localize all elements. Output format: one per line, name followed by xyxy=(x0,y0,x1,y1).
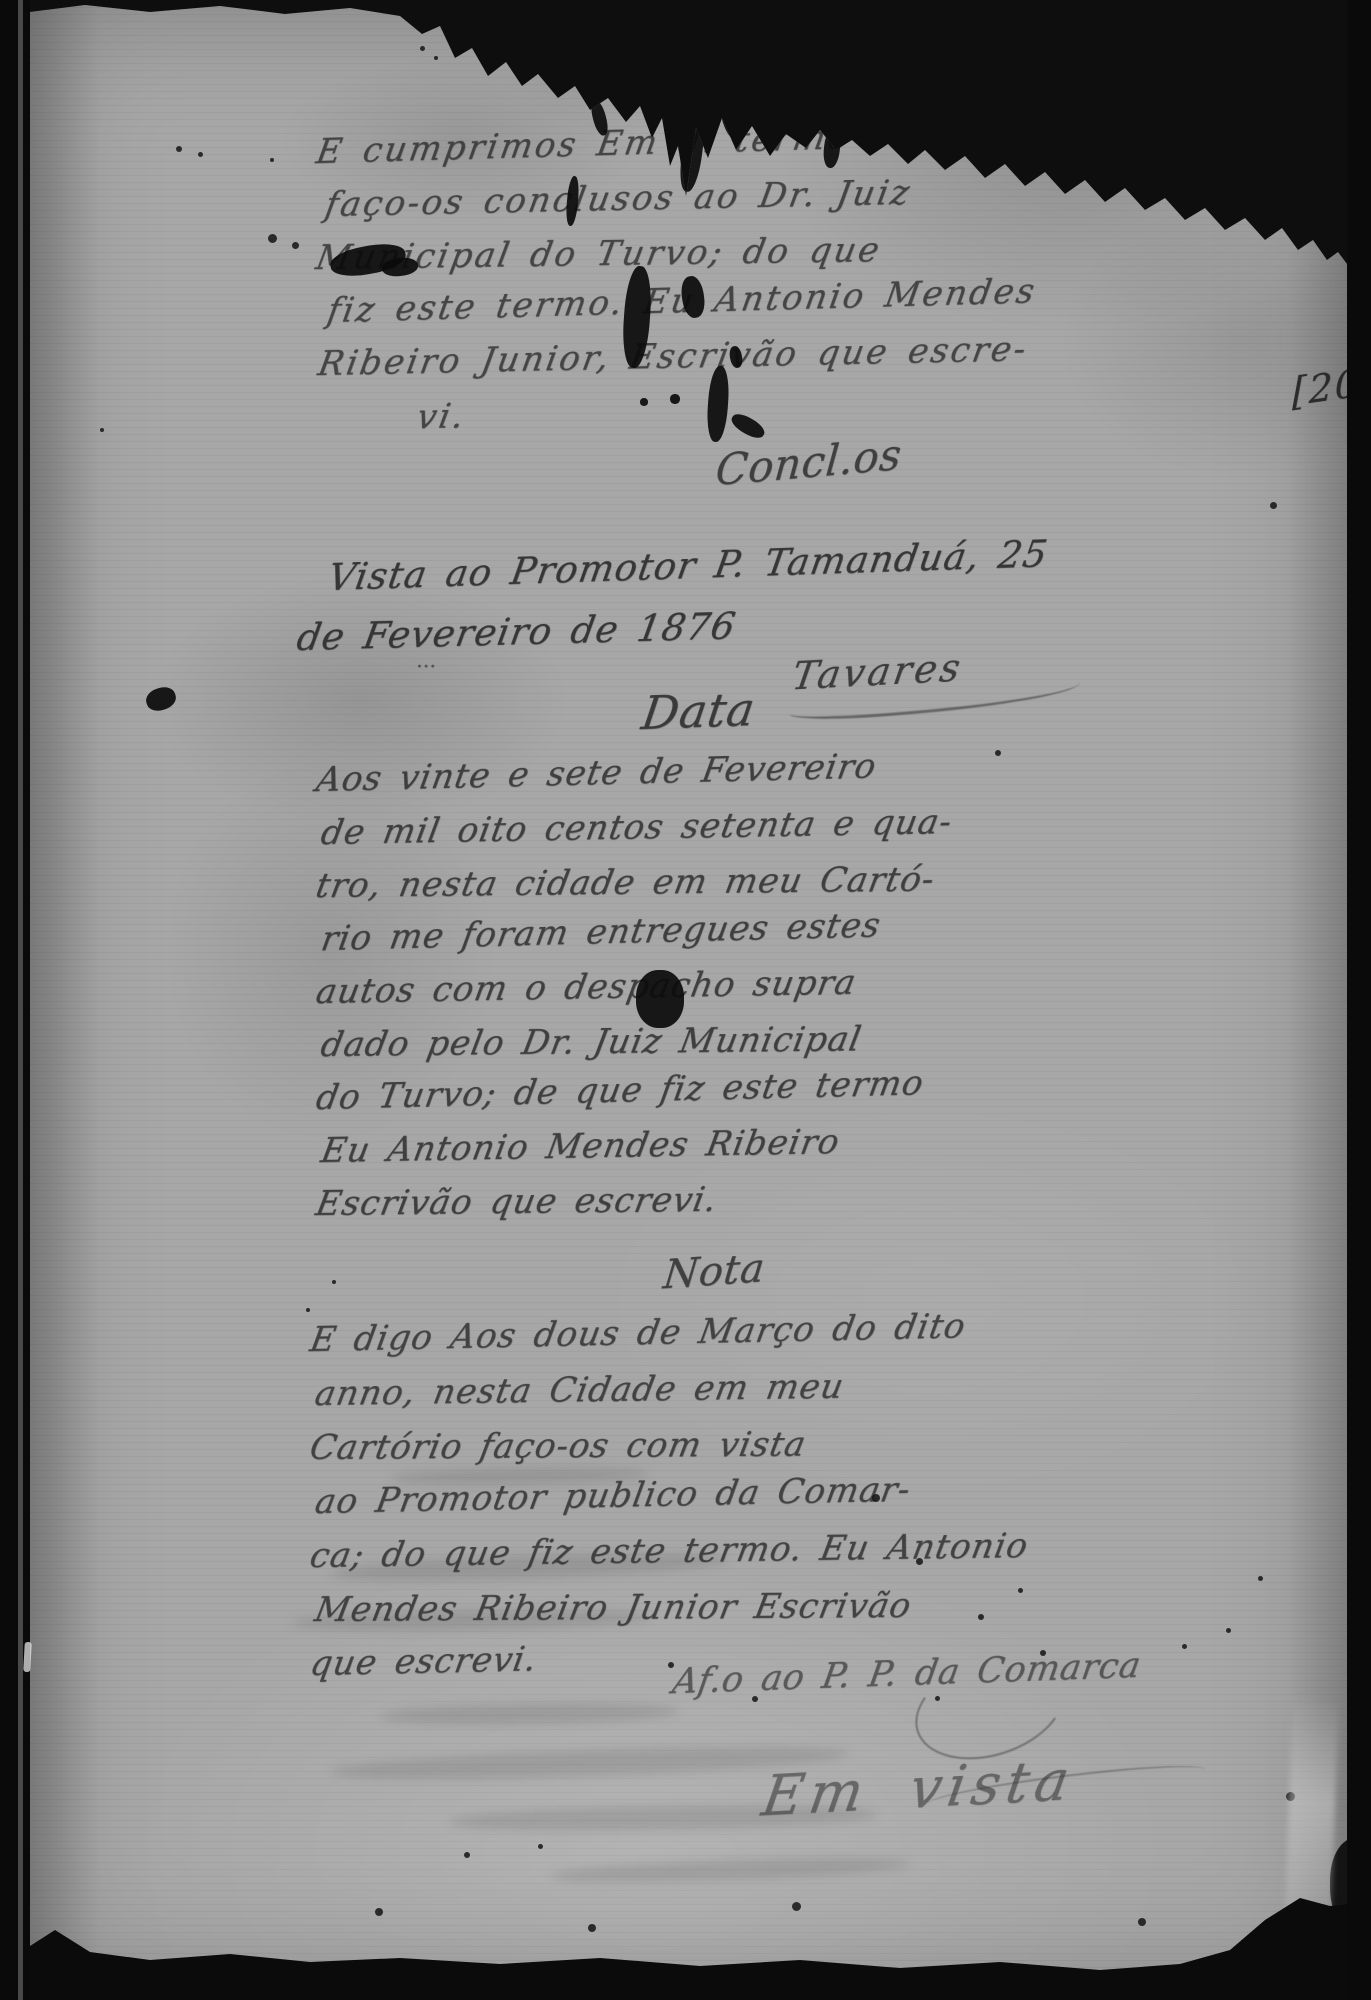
ink-speck xyxy=(306,1308,310,1312)
ink-speck xyxy=(622,14,627,19)
ink-speck xyxy=(464,1852,470,1858)
despacho-to-promotor: Af.o ao P. P. da Comarca xyxy=(670,1646,1144,1703)
nota-heading: Nota xyxy=(661,1245,767,1299)
ink-speck xyxy=(1182,1644,1187,1649)
handwriting-line: do Turvo; de que fiz este termo xyxy=(313,1063,927,1118)
handwriting-line: Ribeiro Junior, Escrivão que escre- xyxy=(315,329,1031,384)
bleed-through-smudge xyxy=(390,1466,650,1487)
ink-blot xyxy=(1130,101,1156,136)
ink-speck xyxy=(420,46,425,51)
handwriting-line: dado pelo Dr. Juiz Municipal xyxy=(318,1019,865,1065)
scanned-document-page: Cumd. Concl.os … Tavares Data Nota Af.o … xyxy=(0,0,1371,2000)
handwriting-line: ca; do que fiz este termo. Eu Antonio xyxy=(307,1526,1032,1576)
ink-speck xyxy=(1138,1918,1146,1926)
handwriting-line: Aos vinte e sete de Fevereiro xyxy=(313,746,879,800)
ink-speck xyxy=(995,750,1001,756)
handwriting-line: faço-os conclusos ao Dr. Juiz xyxy=(322,173,915,225)
ink-speck xyxy=(268,234,277,243)
ink-blot xyxy=(143,684,178,714)
ink-speck xyxy=(978,1614,984,1620)
handwriting-line: E cumprimos Em d. termo este xyxy=(313,114,954,172)
ink-blot xyxy=(976,0,1096,56)
handwriting-line: vi. xyxy=(414,396,470,437)
ink-blot xyxy=(589,99,611,137)
ink-blot xyxy=(565,176,580,227)
ink-blot xyxy=(328,240,408,281)
ink-speck xyxy=(538,1844,543,1849)
ink-blot xyxy=(679,275,707,320)
handwriting-line: que escrevi. xyxy=(307,1639,540,1684)
ink-blot xyxy=(728,410,767,442)
ink-blot xyxy=(620,265,653,369)
handwriting-line: de Fevereiro de 1876 xyxy=(294,605,739,660)
ink-speck xyxy=(434,56,438,60)
ink-blot xyxy=(381,256,419,278)
film-edge-left xyxy=(0,0,30,2000)
handwriting-line: anno, nesta Cidade em meu xyxy=(312,1367,848,1414)
ink-speck xyxy=(792,1902,801,1911)
conclusos-heading: Concl.os xyxy=(714,430,904,496)
ink-speck xyxy=(1270,502,1277,509)
handwriting-line: autos com o despacho supra xyxy=(313,963,860,1013)
handwriting-line: Municipal do Turvo; do que xyxy=(313,230,885,278)
handwriting-line: Eu Antonio Mendes Ribeiro xyxy=(318,1122,843,1171)
ink-speck xyxy=(292,242,299,249)
ink-speck xyxy=(176,146,182,152)
ink-blot xyxy=(705,365,730,442)
handwriting-line: E digo Aos dous de Março do dito xyxy=(307,1306,969,1360)
ink-speck xyxy=(1258,1576,1263,1581)
handwriting-line: Cartório faço-os com vista xyxy=(307,1425,810,1469)
handwriting-line: Escrivão que escrevi. xyxy=(313,1180,721,1224)
handwriting-line: fiz este termo. Eu Antonio Mendes xyxy=(324,271,1039,331)
film-edge-right xyxy=(1347,0,1371,2000)
ink-speck xyxy=(1226,1628,1231,1633)
bleed-through-smudge xyxy=(330,1549,731,1585)
handwriting-line: Mendes Ribeiro Junior Escrivão xyxy=(312,1586,915,1630)
ink-blot xyxy=(677,115,707,193)
torn-top-fragment-text: Cumd. xyxy=(553,48,651,91)
bleed-through-smudge xyxy=(292,1607,652,1633)
handwriting-line: ao Promotor publico da Comar- xyxy=(312,1470,914,1523)
date-dots-mark: … xyxy=(416,648,437,672)
ink-blot xyxy=(636,970,684,1028)
film-edge-sliver xyxy=(18,0,23,2000)
handwriting-line: tro, nesta cidade em meu Cartó- xyxy=(313,860,939,907)
ink-blot xyxy=(822,127,842,168)
handwriting-line: de mil oito centos setenta e qua- xyxy=(318,802,956,853)
ink-speck xyxy=(602,20,608,26)
ink-speck xyxy=(375,1908,383,1916)
ink-speck xyxy=(332,1280,336,1284)
ink-blot xyxy=(728,345,744,369)
handwriting-line: Vista ao Promotor P. Tamanduá, 25 xyxy=(325,532,1051,599)
bleed-through-smudge xyxy=(550,1854,910,1887)
ink-speck xyxy=(916,1558,923,1565)
ink-speck xyxy=(198,152,203,157)
handwriting-line: rio me foram entregues estes xyxy=(318,905,884,959)
ink-speck xyxy=(872,1494,880,1502)
ink-speck xyxy=(588,1924,596,1932)
ink-blot xyxy=(713,51,752,142)
ink-speck xyxy=(270,158,274,162)
ink-speck xyxy=(668,1662,674,1668)
ink-speck xyxy=(1018,1588,1023,1593)
bleed-through-smudge xyxy=(380,1701,680,1726)
ink-blot xyxy=(670,394,680,404)
ink-blot xyxy=(703,0,735,59)
data-heading: Data xyxy=(638,682,758,740)
ink-blot xyxy=(640,398,648,406)
paper-sheet: Cumd. Concl.os … Tavares Data Nota Af.o … xyxy=(30,0,1347,2000)
ink-speck xyxy=(100,428,104,432)
